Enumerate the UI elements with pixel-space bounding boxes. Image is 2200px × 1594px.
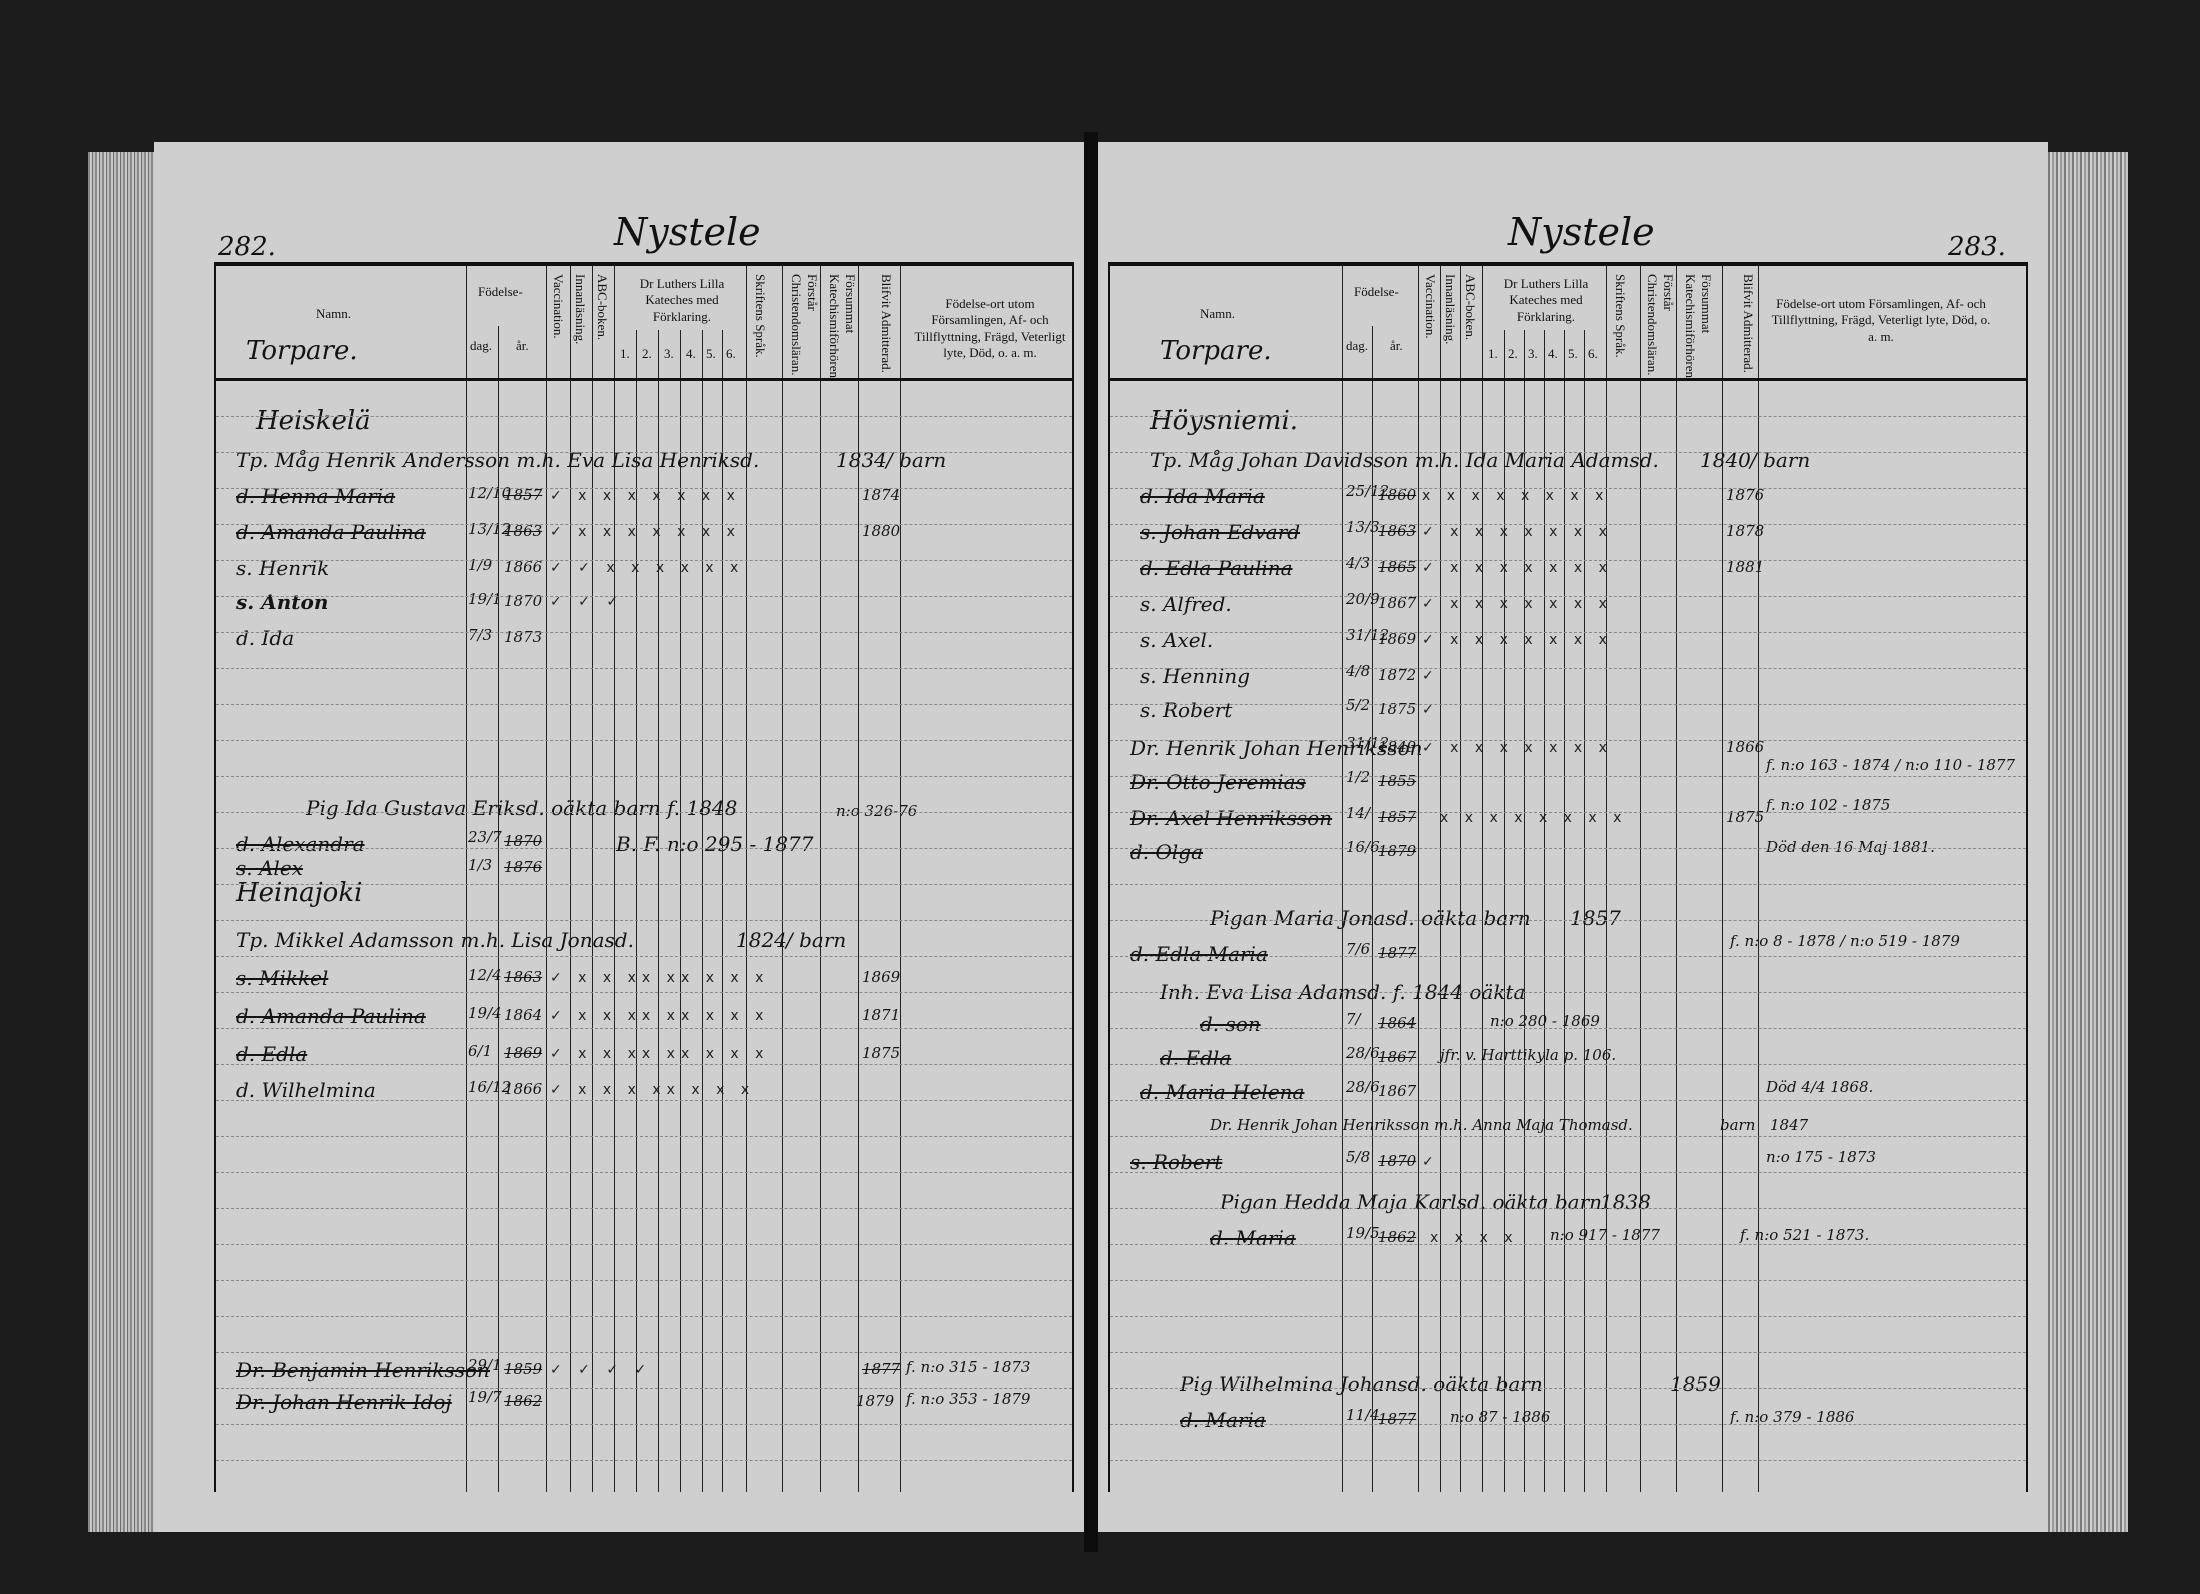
entry-note-line: Pig Ida Gustava Eriksd. oäkta barn f. 18… [306, 796, 737, 820]
entry-day: 19/7 [468, 1388, 502, 1406]
entry-admitted: 1877 [862, 1360, 900, 1378]
ruled-line [216, 1064, 1072, 1065]
entry-day: 1/9 [468, 556, 492, 574]
ruled-line [216, 560, 1072, 561]
section-label: Torpare. [1160, 336, 1272, 366]
entry-admitted: 1879 [856, 1392, 894, 1410]
entry-year: 1870 [504, 592, 542, 610]
ruled-line [1110, 596, 2026, 597]
entry-marks: ✓ x x x xx x x x [550, 1082, 755, 1098]
entry-admitted: 1875 [862, 1044, 900, 1062]
entry-day: 19/4 [468, 1004, 502, 1022]
header-abc: ABC-boken. [1462, 274, 1478, 340]
entry-day: 28/6 [1346, 1044, 1380, 1062]
entry-day: 7/ [1346, 1010, 1361, 1028]
ruled-line [1110, 848, 2026, 849]
entry-day: 1/2 [1346, 768, 1370, 786]
book-gutter [1084, 132, 1098, 1552]
page-number: 282. [218, 232, 276, 262]
ruled-line [1110, 1280, 2026, 1281]
ruled-line [216, 704, 1072, 705]
header-forsummat: Försummat Katechismiförhören. [824, 274, 858, 381]
entry-name: d. Maria [1180, 1408, 1266, 1432]
entry-name: s. Alex [236, 856, 303, 880]
place-heading: Höysniemi. [1150, 406, 1298, 436]
entry-year: 1864 [1378, 1014, 1416, 1032]
entry-year: 1869 [504, 1044, 542, 1062]
entry-marks: ✓ x x x x x x x [1422, 632, 1613, 648]
ruled-line [1110, 812, 2026, 813]
ruled-line [216, 488, 1072, 489]
entry-day: 4/8 [1346, 662, 1370, 680]
entry-marks: ✓ ✓ x x x x x x [550, 560, 744, 576]
header-blifvit: Blifvit Admitterad. [864, 274, 894, 373]
entry-day: 29/1 [468, 1356, 502, 1374]
entry-year: 1877 [1378, 1410, 1416, 1428]
register-table: Namn. Torpare. Födelse- dag. år. Vaccina… [1108, 262, 2028, 1492]
entry-marks: ✓ [1422, 668, 1440, 684]
register-table: Namn. Torpare. Födelse- dag. år. Vaccina… [214, 262, 1074, 1492]
ruled-line [216, 596, 1072, 597]
entry-year: 1863 [504, 968, 542, 986]
entry-year: 1857 [1378, 808, 1416, 826]
header-forsummat: Försummat Katechismiförhören. [1680, 274, 1714, 381]
entry-year: 1864 [504, 1006, 542, 1024]
place-heading: Heiskelä [256, 406, 371, 436]
header-innanlasning: Innanläsning. [572, 274, 588, 344]
entry-day: 5/2 [1346, 696, 1370, 714]
entry-day: 19/5 [1346, 1224, 1380, 1242]
header-k4: 4. [686, 346, 696, 362]
entry-note: f. n:o 315 - 1873 [906, 1358, 1030, 1376]
entry-note-line: Pig Wilhelmina Johansd. oäkta barn [1180, 1372, 1543, 1396]
entry-name: s. Mikkel [236, 966, 328, 990]
header-fodelseort: Födelse-ort utom Församlingen, Af- och T… [910, 296, 1070, 361]
entry-note: Död 4/4 1868. [1766, 1078, 1873, 1096]
ruled-line [1110, 560, 2026, 561]
entry-year: 1879 [1378, 842, 1416, 860]
entry-marks: ✓ [1422, 1154, 1440, 1170]
ruled-line [216, 632, 1072, 633]
entry-note: n:o 917 - 1877 [1550, 1226, 1660, 1244]
entry-admitted: 1871 [862, 1006, 900, 1024]
ruled-line [216, 524, 1072, 525]
entry-name: s. Robert [1140, 698, 1232, 722]
header-k1: 1. [1488, 346, 1498, 362]
header-fodelse: Födelse- [478, 284, 523, 300]
left-page: 282. Nystele Namn. Torpare. Födelse- dag… [154, 142, 1084, 1532]
ruled-line [216, 452, 1072, 453]
header-vaccination: Vaccination. [1422, 274, 1438, 339]
ruled-line [1110, 1244, 2026, 1245]
book-edge-right [2048, 152, 2128, 1532]
ruled-line [216, 920, 1072, 921]
ruled-line [216, 776, 1072, 777]
header-vaccination: Vaccination. [550, 274, 566, 339]
entry-year: 1873 [504, 628, 542, 646]
header-blifvit: Blifvit Admitterad. [1726, 274, 1756, 373]
ruled-line [216, 884, 1072, 885]
entry-note: f. n:o 8 - 1878 / n:o 519 - 1879 [1730, 932, 1960, 950]
header-forstar: Förstår Christendomsläran. [1644, 274, 1676, 378]
entry-admitted: 1875 [1726, 808, 1764, 826]
header-ar: år. [516, 338, 529, 354]
ruled-line [216, 1244, 1072, 1245]
entry-day: 1/3 [468, 856, 492, 874]
entry-year: 1866 [504, 1080, 542, 1098]
margin-note: n:o 326-76 [836, 802, 917, 820]
entry-note: n:o 175 - 1873 [1766, 1148, 1876, 1166]
ruled-line [216, 1100, 1072, 1101]
ruled-line [1110, 956, 2026, 957]
entry-name: d. son [1200, 1012, 1261, 1036]
entry-marks: x x x x x x x x [1422, 488, 1609, 504]
entry-day: 7/3 [468, 626, 492, 644]
header-k5: 5. [1568, 346, 1578, 362]
entry-note: jfr. v. Harttikyla p. 106. [1440, 1046, 1616, 1064]
entry-day: 14/ [1346, 804, 1370, 822]
header-k1: 1. [620, 346, 630, 362]
entry-name: d. Alexandra [236, 832, 365, 856]
header-fodelse: Födelse- [1354, 284, 1399, 300]
entry-year: 1857 [1570, 906, 1621, 930]
table-header: Namn. Torpare. Födelse- dag. år. Vaccina… [1110, 266, 2026, 381]
entry-admitted: 1869 [862, 968, 900, 986]
header-skriftens: Skriftens Språk. [752, 274, 768, 358]
entry-year: 1855 [1378, 772, 1416, 790]
right-page: Nystele 283. Namn. Torpare. Födelse- dag… [1098, 142, 2048, 1532]
entry-day: 20/9 [1346, 590, 1380, 608]
ruled-line [216, 416, 1072, 417]
ruled-line [216, 1460, 1072, 1461]
ruled-line [1110, 1172, 2026, 1173]
entry-name: d. Wilhelmina [236, 1078, 376, 1102]
ruled-line [1110, 740, 2026, 741]
entry-name: d. Olga [1130, 840, 1203, 864]
entry-day: 12/4 [468, 966, 502, 984]
entry-name: Tp. Mikkel Adamsson m.h. Lisa Jonasd. [236, 928, 634, 952]
ruled-line [1110, 632, 2026, 633]
page-number: 283. [1948, 232, 2006, 262]
entry-name: Dr. Johan Henrik Idoj [236, 1390, 452, 1414]
entry-marks: ✓ x x x x x x x [550, 524, 741, 540]
header-k2: 2. [642, 346, 652, 362]
ruled-line [216, 668, 1072, 669]
header-katekes: Dr Luthers Lilla Kateches med Förklaring… [1486, 276, 1606, 325]
page-title: Nystele [1508, 210, 1655, 254]
header-innanlasning: Innanläsning. [1442, 274, 1458, 344]
header-skriftens: Skriftens Språk. [1612, 274, 1628, 358]
entry-note: / barn [786, 928, 846, 952]
entry-marks: ✓ x x x x x x x [1422, 560, 1613, 576]
header-k3: 3. [1528, 346, 1538, 362]
header-k5: 5. [706, 346, 716, 362]
entry-marks: ✓ x x x x x x x [1422, 596, 1613, 612]
ruled-line [216, 1424, 1072, 1425]
ruled-line [1110, 1460, 2026, 1461]
entry-note-2: f. n:o 521 - 1873. [1740, 1226, 1869, 1244]
entry-name: d. Edla [1160, 1046, 1231, 1070]
entry-name: d. Edla [236, 1042, 307, 1066]
entry-year: 1824 [736, 928, 787, 952]
entry-day: 23/7 [468, 828, 502, 846]
ruled-line [1110, 992, 2026, 993]
open-register-book: 282. Nystele Namn. Torpare. Födelse- dag… [88, 132, 2128, 1552]
entry-year: 1877 [1378, 944, 1416, 962]
entry-note-line: Pigan Maria Jonasd. oäkta barn [1210, 906, 1531, 930]
header-fodelseort: Födelse-ort utom Församlingen, Af- och T… [1766, 296, 1996, 345]
entry-note: barn [1720, 1116, 1755, 1134]
entry-marks: ✓ x x x x x x x [1422, 524, 1613, 540]
header-k4: 4. [1548, 346, 1558, 362]
ruled-line [1110, 1316, 2026, 1317]
entry-name: Dr. Otto Jeremias [1130, 770, 1306, 794]
header-k2: 2. [1508, 346, 1518, 362]
header-forstar: Förstår Christendomsläran. [786, 274, 820, 378]
ruled-line [1110, 884, 2026, 885]
ruled-line [1110, 416, 2026, 417]
entry-year: 1875 [1378, 700, 1416, 718]
section-label: Torpare. [246, 336, 358, 366]
entry-day: 6/1 [468, 1042, 492, 1060]
ruled-line [216, 956, 1072, 957]
ruled-line [1110, 920, 2026, 921]
entry-marks: ✓ ✓ ✓ ✓ [550, 1362, 652, 1378]
header-abc: ABC-boken. [594, 274, 610, 340]
entry-note-line: Dr. Henrik Johan Henriksson m.h. Anna Ma… [1210, 1116, 1633, 1134]
entry-day: 11/4 [1346, 1406, 1380, 1424]
ruled-line [1110, 524, 2026, 525]
header-k6: 6. [726, 346, 736, 362]
ruled-line [1110, 1136, 2026, 1137]
ruled-line [216, 1028, 1072, 1029]
table-header: Namn. Torpare. Födelse- dag. år. Vaccina… [216, 266, 1072, 381]
ruled-line [216, 1172, 1072, 1173]
ruled-line [1110, 668, 2026, 669]
ruled-line [1110, 452, 2026, 453]
ruled-line [1110, 1352, 2026, 1353]
ruled-line [216, 1280, 1072, 1281]
ruled-line [216, 1388, 1072, 1389]
entry-name: s. Robert [1130, 1150, 1222, 1174]
entry-year: 1867 [1378, 1082, 1416, 1100]
entry-marks: ✓ x x xx xx x x x [550, 1008, 769, 1024]
entry-day: 28/6 [1346, 1078, 1380, 1096]
ruled-line [216, 1208, 1072, 1209]
entry-day: 13/3 [1346, 518, 1380, 536]
entry-note: B. F. n:o 295 - 1877 [616, 832, 813, 856]
entry-year: 1870 [1378, 1152, 1416, 1170]
entry-day: 19/1 [468, 590, 502, 608]
ruled-line [1110, 488, 2026, 489]
entry-marks: ✓ x x xx xx x x x [550, 1046, 769, 1062]
entry-year: 1859 [1670, 1372, 1721, 1396]
ruled-line [216, 992, 1072, 993]
entry-year: 1859 [504, 1360, 542, 1378]
ruled-line [1110, 1424, 2026, 1425]
header-dag: dag. [1346, 338, 1368, 354]
entry-day: 16/6 [1346, 838, 1380, 856]
ruled-line [1110, 776, 2026, 777]
ruled-line [1110, 1064, 2026, 1065]
entry-name: Dr. Benjamin Henriksson [236, 1358, 490, 1382]
ruled-line [1110, 704, 2026, 705]
ruled-line [216, 812, 1072, 813]
header-dag: dag. [470, 338, 492, 354]
ruled-line [216, 1136, 1072, 1137]
entry-note: f. n:o 353 - 1879 [906, 1390, 1030, 1408]
entry-name: Dr. Axel Henriksson [1130, 806, 1332, 830]
ruled-line [216, 740, 1072, 741]
header-namn: Namn. [1200, 306, 1235, 322]
header-katekes: Dr Luthers Lilla Kateches med Förklaring… [618, 276, 746, 325]
entry-year: 1876 [504, 858, 542, 876]
book-edge-left [88, 152, 158, 1532]
ruled-line [216, 1352, 1072, 1353]
ruled-line [1110, 1100, 2026, 1101]
entry-day: 4/3 [1346, 554, 1370, 572]
ruled-line [216, 848, 1072, 849]
entry-name: s. Anton [236, 590, 328, 614]
entry-marks: ✓ x x x x x x x [550, 488, 741, 504]
page-title: Nystele [614, 210, 761, 254]
entry-day: 5/8 [1346, 1148, 1370, 1166]
entry-note: Död den 16 Maj 1881. [1766, 838, 1935, 856]
entry-year: 1862 [504, 1392, 542, 1410]
entry-marks: ✓ x x xx xx x x x [550, 970, 769, 986]
entry-note-line: Pigan Hedda Maja Karlsd. oäkta barn [1220, 1190, 1602, 1214]
entry-marks: ✓ x x x x x x x [1422, 740, 1613, 756]
entry-name: d. Maria [1210, 1226, 1296, 1250]
header-k6: 6. [1588, 346, 1598, 362]
header-k3: 3. [664, 346, 674, 362]
entry-year: 1847 [1770, 1116, 1808, 1134]
ruled-line [1110, 1028, 2026, 1029]
ruled-line [216, 1316, 1072, 1317]
ruled-line [1110, 1208, 2026, 1209]
entry-name: d. Amanda Paulina [236, 1004, 426, 1028]
header-ar: år. [1390, 338, 1403, 354]
entry-name: d. Ida [236, 626, 294, 650]
place-heading: Heinajoki [236, 878, 362, 908]
entry-name: d. Edla Maria [1130, 942, 1268, 966]
entry-note: f. n:o 163 - 1874 / n:o 110 - 1877 [1766, 756, 2015, 774]
entry-year: 1838 [1600, 1190, 1651, 1214]
header-namn: Namn. [316, 306, 351, 322]
ruled-line [1110, 1388, 2026, 1389]
